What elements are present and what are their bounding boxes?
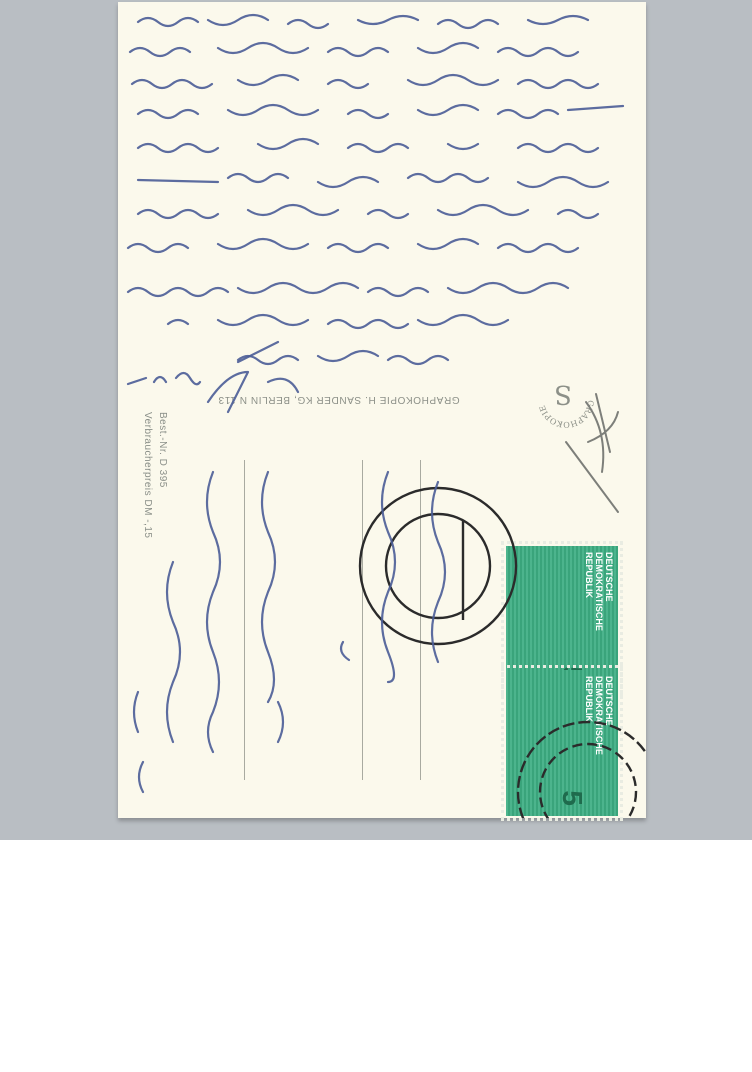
handwriting-layer [118, 2, 646, 818]
date-strokes [128, 342, 298, 412]
message-strokes [128, 15, 623, 364]
postcard: GRAPHOKOPIE H. SANDER KG, BERLIN N 113 B… [118, 2, 646, 818]
address-block: Berlin W 30 Pariser Straße 6a Frau ... K… [118, 2, 119, 3]
pencil-number [586, 394, 618, 472]
postmark-2 [518, 722, 646, 818]
address-city: Berlin W 30 [118, 2, 119, 3]
